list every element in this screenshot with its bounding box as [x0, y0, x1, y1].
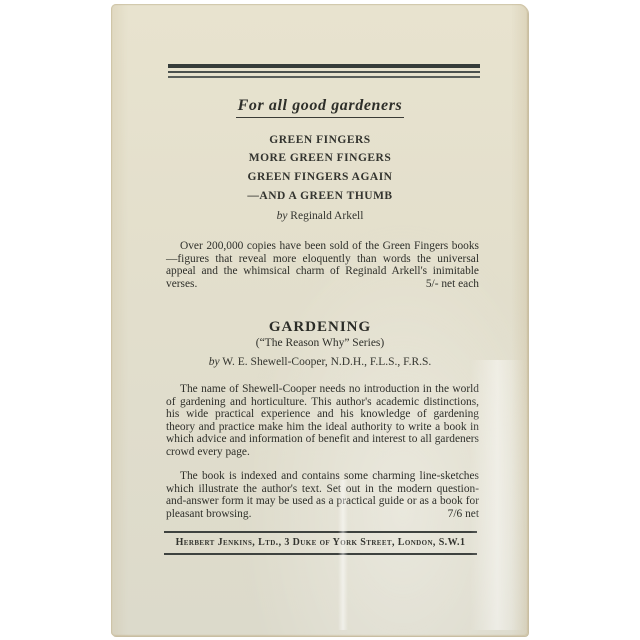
blurb-green-fingers: Over 200,000 copies have been sold of th… — [166, 240, 479, 290]
section-heading: For all good gardeners — [160, 97, 480, 118]
price-label: 5/- net each — [412, 278, 479, 291]
section-heading-text: For all good gardeners — [236, 97, 405, 118]
bottom-rule-lower — [164, 553, 477, 555]
blurb-text: The book is indexed and contains some ch… — [166, 470, 479, 520]
author-name: W. E. Shewell-Cooper, N.D.H., F.L.S., F.… — [222, 356, 431, 368]
bottom-rule-upper — [164, 531, 477, 533]
top-rule-thick — [168, 64, 480, 68]
author-byline-2: by W. E. Shewell-Cooper, N.D.H., F.L.S.,… — [160, 356, 480, 368]
by-label: by — [209, 356, 220, 368]
price-label: 7/6 net — [434, 508, 479, 521]
blurb-text: The name of Shewell-Cooper needs no intr… — [166, 383, 479, 458]
by-label: by — [277, 210, 288, 222]
book-title-2: MORE GREEN FINGERS — [160, 152, 480, 164]
book-title-gardening: GARDENING — [160, 319, 480, 336]
top-rule-middle — [168, 71, 480, 73]
publisher-imprint: Herbert Jenkins, Ltd., 3 Duke of York St… — [164, 537, 477, 548]
author-name: Reginald Arkell — [290, 210, 363, 222]
series-label: (“The Reason Why” Series) — [160, 337, 480, 349]
author-byline-1: by Reginald Arkell — [160, 210, 480, 222]
top-rule-thin — [168, 76, 480, 78]
book-title-4: —AND A GREEN THUMB — [160, 190, 480, 202]
blurb-shewell-cooper: The name of Shewell-Cooper needs no intr… — [166, 383, 479, 459]
book-title-3: GREEN FINGERS AGAIN — [160, 171, 480, 183]
blurb-gardening-book: The book is indexed and contains some ch… — [166, 470, 479, 520]
book-title-1: GREEN FINGERS — [160, 134, 480, 146]
